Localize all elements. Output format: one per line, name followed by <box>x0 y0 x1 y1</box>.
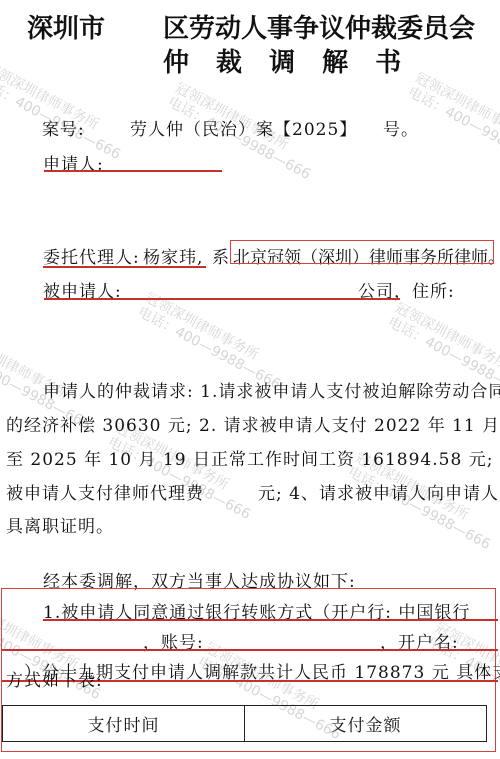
applicant-underline <box>44 170 222 172</box>
agent-link: 系 <box>212 243 230 268</box>
watermark-line1: 冠领深圳律师事务所 <box>0 330 100 419</box>
watermark-line1: 冠领深圳律师事务所 <box>392 300 500 389</box>
item1-line2-underline <box>2 649 498 651</box>
claims-line-3: 至 2025 年 10 月 19 日正常工作时间工资 161894.58 元; … <box>6 445 500 470</box>
item1-line1-underline <box>43 619 498 621</box>
mediation-item1-line4: 方式如下表: <box>6 666 103 691</box>
claims-line-1: 申请人的仲裁请求: 1.请求被申请人支付被迫解除劳动合同 <box>43 377 500 402</box>
agent-underline <box>43 266 206 268</box>
watermark: 冠领深圳律师事务所电话：400—9988—666 <box>0 60 130 163</box>
respondent-underline <box>44 298 400 300</box>
claims-line-4: 被申请人支付律师代理费 元; 4、请求被申请人向申请人出 <box>6 479 500 504</box>
watermark-line1: 冠领深圳律师事务所 <box>412 70 500 159</box>
case-number-suffix: 号。 <box>383 115 419 140</box>
org-name-suffix: 区劳动人事争议仲裁委员会 <box>163 8 475 45</box>
claims-line-2: 的经济补偿 30630 元; 2. 请求被申请人支付 2022 年 11 月 0… <box>6 411 500 436</box>
watermark-line2: 电话：400—9988—666 <box>405 84 500 173</box>
agent-name: 杨家玮, <box>143 243 203 268</box>
table-header-payment-amount: 支付金额 <box>244 706 486 741</box>
case-number-middle: 劳人仲（民治）案【2025】 <box>130 115 357 140</box>
table-header-payment-time: 支付时间 <box>3 706 244 741</box>
document-title: 仲 裁 调 解 书 <box>163 42 410 79</box>
payment-schedule-table: 支付时间 支付金额 <box>2 705 487 742</box>
claims-line-5: 具离职证明。 <box>6 512 114 537</box>
watermark-line1: 冠领深圳律师事务所 <box>142 290 290 379</box>
agent-firm-highlight-box <box>230 240 494 264</box>
watermark-line2: 电话：400—9988—666 <box>345 464 493 553</box>
watermark: 冠领深圳律师事务所电话：400—9988—666 <box>405 70 500 173</box>
org-name-prefix: 深圳市 <box>27 8 105 45</box>
agent-label: 委托代理人: <box>43 243 140 268</box>
case-number-label: 案号: <box>42 115 85 140</box>
